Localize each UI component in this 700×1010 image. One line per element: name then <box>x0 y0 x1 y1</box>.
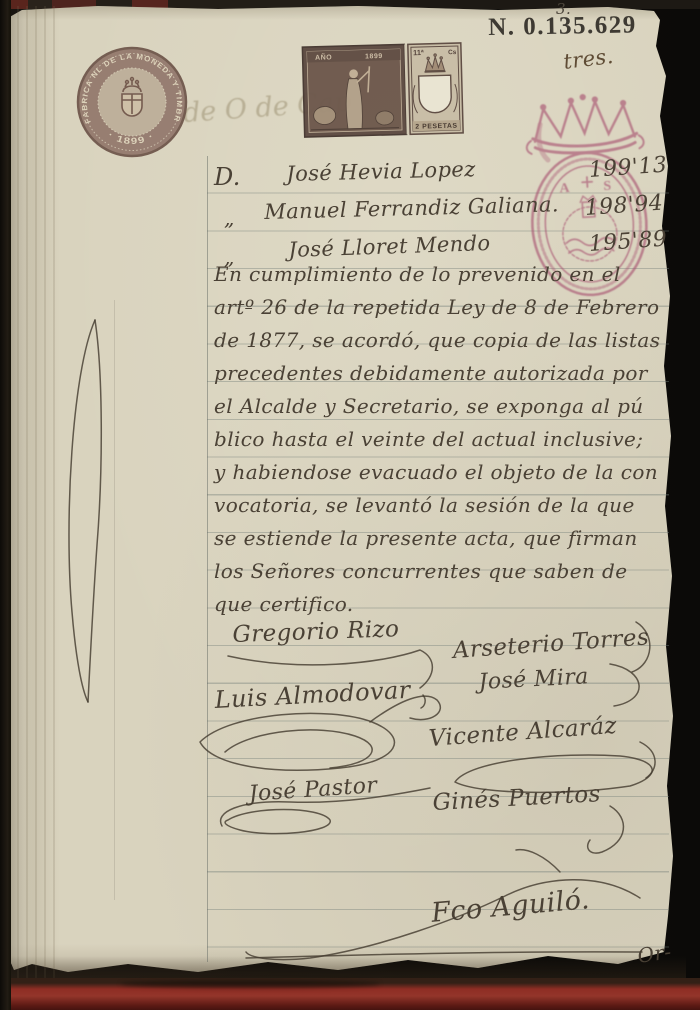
signature-flourishes <box>0 0 700 1010</box>
margin-flourish <box>88 320 101 702</box>
scanned-document-page: de O de Cap FABRICA NL DE LA MONEDA Y TI… <box>0 0 700 1010</box>
